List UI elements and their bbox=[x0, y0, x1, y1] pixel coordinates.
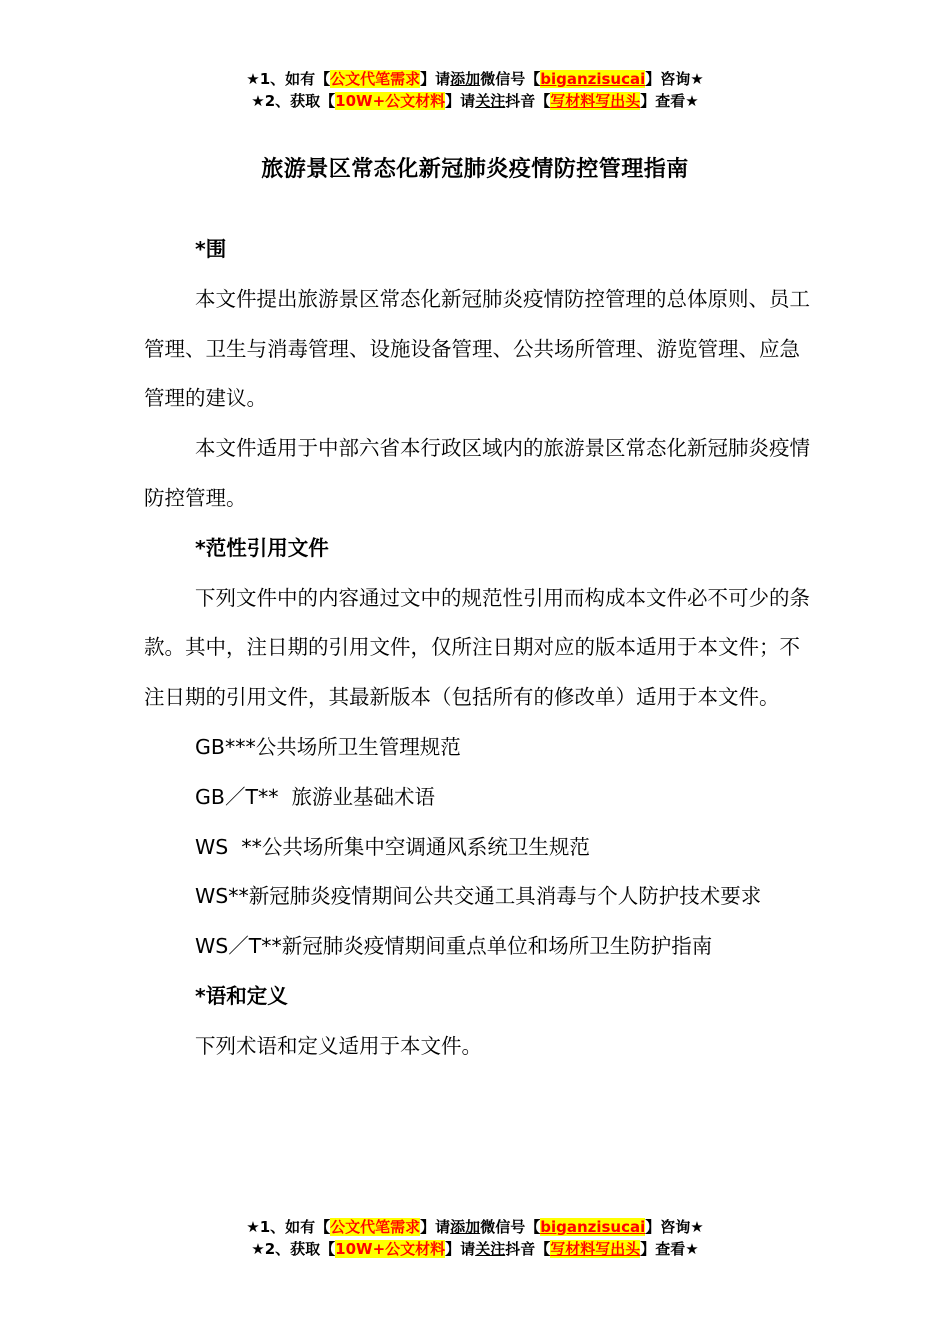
reference-item: GB／T** 旅游业基础术语 bbox=[144, 773, 814, 823]
promo-emphasis: 添加 bbox=[450, 1218, 480, 1236]
section-heading-normative-references: *范性引用文件 bbox=[144, 524, 814, 574]
document-title: 旅游景区常态化新冠肺炎疫情防控管理指南 bbox=[0, 152, 950, 188]
document-body: *围 本文件提出旅游景区常态化新冠肺炎疫情防控管理的总体原则、员工管理、卫生与消… bbox=[144, 225, 814, 1072]
star-icon: ★ bbox=[246, 1218, 259, 1236]
promo-line-1: ★1、如有【公文代笔需求】请添加微信号【biganzisucai】咨询★ bbox=[0, 68, 950, 90]
paragraph: 下列文件中的内容通过文中的规范性引用而构成本文件必不可少的条款。其中，注日期的引… bbox=[144, 574, 814, 723]
star-icon: ★ bbox=[685, 92, 698, 110]
reference-item: WS／T**新冠肺炎疫情期间重点单位和场所卫生防护指南 bbox=[144, 922, 814, 972]
promo-wechat-id: biganzisucai bbox=[540, 70, 645, 88]
paragraph: 本文件适用于中部六省本行政区域内的旅游景区常态化新冠肺炎疫情防控管理。 bbox=[144, 424, 814, 524]
star-icon: ★ bbox=[690, 1218, 703, 1236]
section-heading-scope: *围 bbox=[144, 225, 814, 275]
star-icon: ★ bbox=[251, 1240, 264, 1258]
reference-item: GB***公共场所卫生管理规范 bbox=[144, 723, 814, 773]
promo-emphasis: 添加 bbox=[450, 70, 480, 88]
promo-wechat-id: biganzisucai bbox=[540, 1218, 645, 1236]
promo-emphasis: 关注 bbox=[475, 92, 505, 110]
promo-highlight-materials: 10W+公文材料 bbox=[335, 92, 445, 110]
footer-promo-banner: ★1、如有【公文代笔需求】请添加微信号【biganzisucai】咨询★ ★2、… bbox=[0, 1216, 950, 1260]
reference-item: WS**新冠肺炎疫情期间公共交通工具消毒与个人防护技术要求 bbox=[144, 872, 814, 922]
promo-douyin-account: 写材料写出头 bbox=[550, 1240, 640, 1258]
paragraph: 本文件提出旅游景区常态化新冠肺炎疫情防控管理的总体原则、员工管理、卫生与消毒管理… bbox=[144, 275, 814, 424]
reference-item: WS **公共场所集中空调通风系统卫生规范 bbox=[144, 823, 814, 873]
paragraph: 下列术语和定义适用于本文件。 bbox=[144, 1022, 814, 1072]
promo-emphasis: 关注 bbox=[475, 1240, 505, 1258]
promo-line-2: ★2、获取【10W+公文材料】请关注抖音【写材料写出头】查看★ bbox=[0, 90, 950, 112]
promo-douyin-account: 写材料写出头 bbox=[550, 92, 640, 110]
star-icon: ★ bbox=[246, 70, 259, 88]
promo-highlight-ghostwriting: 公文代笔需求 bbox=[330, 1218, 420, 1236]
star-icon: ★ bbox=[690, 70, 703, 88]
header-promo-banner: ★1、如有【公文代笔需求】请添加微信号【biganzisucai】咨询★ ★2、… bbox=[0, 68, 950, 112]
section-heading-terms-definitions: *语和定义 bbox=[144, 972, 814, 1022]
star-icon: ★ bbox=[251, 92, 264, 110]
promo-line-2: ★2、获取【10W+公文材料】请关注抖音【写材料写出头】查看★ bbox=[0, 1238, 950, 1260]
promo-line-1: ★1、如有【公文代笔需求】请添加微信号【biganzisucai】咨询★ bbox=[0, 1216, 950, 1238]
promo-highlight-ghostwriting: 公文代笔需求 bbox=[330, 70, 420, 88]
promo-highlight-materials: 10W+公文材料 bbox=[335, 1240, 445, 1258]
star-icon: ★ bbox=[685, 1240, 698, 1258]
